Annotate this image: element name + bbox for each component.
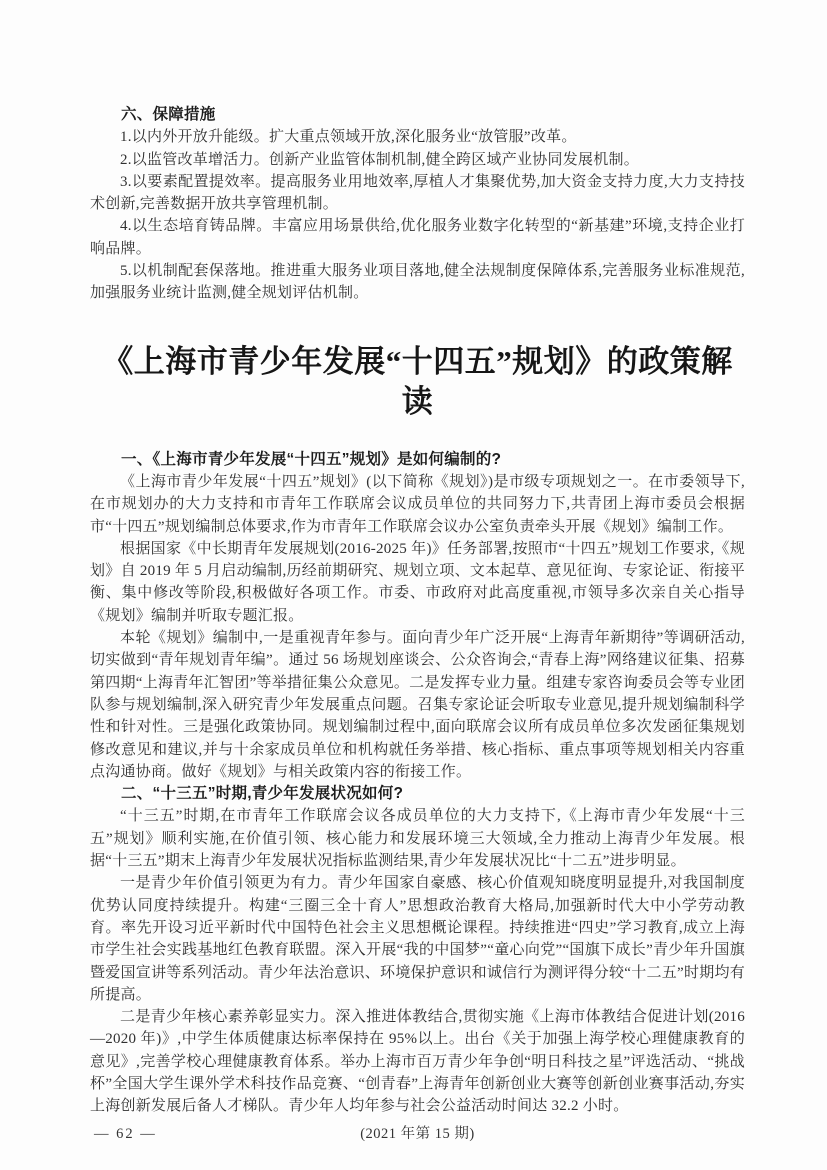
list-item: 2.以监管改革增活力。创新产业监管体制机制,健全跨区域产业协同发展机制。 [90,149,745,171]
list-item: 5.以机制配套保落地。推进重大服务业项目落地,健全法规制度保障体系,完善服务业标… [90,260,745,305]
page-footer: — 62 — (2021 年第 15 期) [90,1123,745,1145]
list-item: 4.以生态培育铸品牌。丰富应用场景供给,优化服务业数字化转型的“新基建”环境,支… [90,215,745,260]
section-heading-safeguards: 六、保障措施 [90,104,745,126]
list-item: 1.以内外开放升能级。扩大重点领域开放,深化服务业“放管服”改革。 [90,126,745,148]
previous-article-section: 六、保障措施 1.以内外开放升能级。扩大重点领域开放,深化服务业“放管服”改革。… [90,104,745,305]
paragraph: 二是青少年核心素养彰显实力。深入推进体教结合,贯彻实施《上海市体教结合促进计划(… [90,1006,745,1117]
article-title: 《上海市青少年发展“十四五”规划》的政策解读 [90,342,745,422]
issue-label: (2021 年第 15 期) [90,1123,745,1145]
paragraph: 《上海市青少年发展“十四五”规划》(以下简称《规划》)是市级专项规划之一。在市委… [90,471,745,538]
section-heading-how-compiled: 一、《上海市青少年发展“十四五”规划》是如何编制的? [90,449,745,471]
page-content: 六、保障措施 1.以内外开放升能级。扩大重点领域开放,深化服务业“放管服”改革。… [90,104,745,1145]
paragraph: “十三五”时期,在市青年工作联席会议各成员单位的大力支持下,《上海市青少年发展“… [90,805,745,872]
article-body: 一、《上海市青少年发展“十四五”规划》是如何编制的? 《上海市青少年发展“十四五… [90,449,745,1118]
list-item: 3.以要素配置提效率。提高服务业用地效率,厚植人才集聚优势,加大资金支持力度,大… [90,171,745,216]
section-heading-13th-fiveyear-status: 二、“十三五”时期,青少年发展状况如何? [90,783,745,805]
paragraph: 本轮《规划》编制中,一是重视青年参与。面向青少年广泛开展“上海青年新期待”等调研… [90,627,745,783]
paragraph: 一是青少年价值引领更为有力。青少年国家自豪感、核心价值观知晓度明显提升,对我国制… [90,872,745,1006]
document-page: 六、保障措施 1.以内外开放升能级。扩大重点领域开放,深化服务业“放管服”改革。… [0,0,827,1170]
paragraph: 根据国家《中长期青年发展规划(2016-2025 年)》任务部署,按照市“十四五… [90,538,745,627]
